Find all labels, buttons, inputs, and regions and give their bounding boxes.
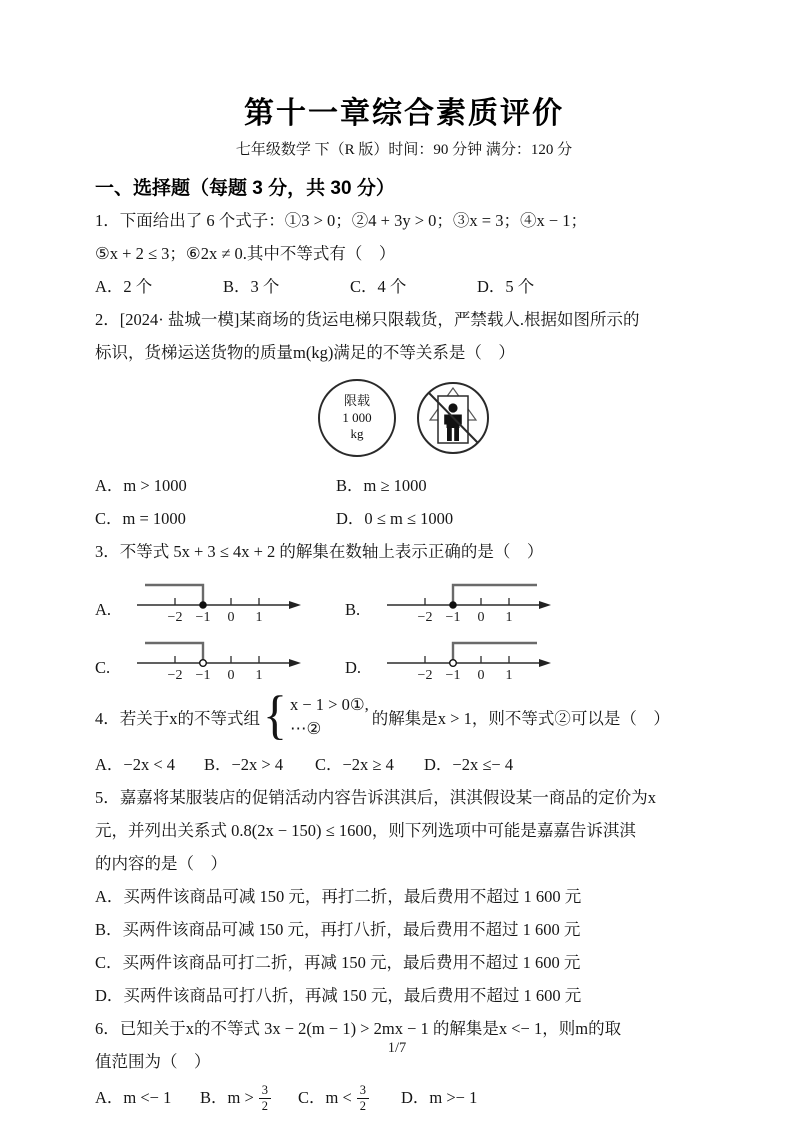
page-number: 1/7 (0, 1040, 794, 1057)
q4-options: A．−2x < 4 B．−2x > 4 C．−2x ≥ 4 D．−2x ≤− 4 (95, 748, 713, 781)
q2-option-d: D．0 ≤ m ≤ 1000 (336, 502, 713, 535)
svg-text:1: 1 (506, 610, 513, 624)
q3-figures: A. −2 −1 0 1 B. (95, 574, 713, 682)
number-line-d-svg: −2 −1 0 1 (381, 632, 559, 682)
q1-option-b: B．3 个 (223, 270, 350, 303)
svg-text:0: 0 (228, 668, 235, 682)
q2-option-b: B．m ≥ 1000 (336, 469, 713, 502)
question-1: 1．下面给出了 6 个式子：①3 > 0；②4 + 3y > 0；③x = 3；… (95, 204, 713, 303)
page-content: 第十一章综合素质评价 七年级数学 下（R 版）时间：90 分钟 满分：120 分… (95, 88, 713, 1118)
q3-figure-c-label: C. (95, 658, 125, 682)
number-line-figure-c: C. −2 −1 0 1 (95, 632, 345, 682)
q3-figure-a-label: A. (95, 600, 125, 624)
load-limit-unit: kg (351, 426, 364, 443)
q3-figure-b-label: B. (345, 600, 375, 624)
number-line-c-svg: −2 −1 0 1 (131, 632, 309, 682)
q6-options: A．m <− 1 B．m >32 C．m <32 D．m >− 1 (95, 1078, 713, 1118)
q1-stem-line1: 1．下面给出了 6 个式子：①3 > 0；②4 + 3y > 0；③x = 3；… (95, 204, 713, 237)
question-3: 3．不等式 5x + 3 ≤ 4x + 2 的解集在数轴上表示正确的是（ ） A… (95, 535, 713, 682)
svg-text:−1: −1 (196, 668, 211, 682)
q2-figure: 限载 1 000 kg (95, 379, 713, 457)
svg-text:−2: −2 (418, 668, 433, 682)
number-line-b-svg: −2 −1 0 1 (381, 574, 559, 624)
system-brace: { (263, 691, 287, 744)
q6-option-b: B．m >32 (200, 1078, 298, 1118)
section-heading: 一、选择题（每题 3 分，共 30 分） (95, 173, 713, 200)
svg-text:−1: −1 (446, 610, 461, 624)
inequality-system: x − 1 > 0①, ⋯② (290, 693, 369, 741)
q2-options-row1: A．m > 1000 B．m ≥ 1000 (95, 469, 713, 502)
q6-option-c: C．m <32 (298, 1078, 401, 1118)
svg-text:0: 0 (228, 610, 235, 624)
system-line1: x − 1 > 0①, (290, 693, 369, 717)
q1-stem-line2: ⑤x + 2 ≤ 3；⑥2x ≠ 0.其中不等式有（ ） (95, 237, 713, 270)
q5-option-b: B．买两件该商品可减 150 元，再打八折，最后费用不超过 1 600 元 (95, 913, 713, 946)
q1-option-c: C．4 个 (350, 270, 477, 303)
q4-stem: 4．若关于x的不等式组 { x − 1 > 0①, ⋯② 的解集是x > 1，则… (95, 688, 713, 746)
number-line-figure-b: B. −2 −1 0 1 (345, 574, 713, 624)
system-line2: ⋯② (290, 717, 369, 741)
q4-stem-prefix: 4．若关于x的不等式组 (95, 705, 260, 729)
number-line-a-svg: −2 −1 0 1 (131, 574, 309, 624)
question-6: 6．已知关于x的不等式 3x − 2(m − 1) > 2mx − 1 的解集是… (95, 1012, 713, 1118)
fraction-three-halves: 32 (259, 1083, 271, 1113)
svg-text:−1: −1 (196, 610, 211, 624)
svg-text:−1: −1 (446, 668, 461, 682)
question-4: 4．若关于x的不等式组 { x − 1 > 0①, ⋯② 的解集是x > 1，则… (95, 688, 713, 781)
svg-text:0: 0 (478, 610, 485, 624)
svg-text:−2: −2 (168, 668, 183, 682)
load-limit-text: 限载 (344, 393, 370, 410)
load-limit-value: 1 000 (342, 410, 371, 427)
q5-stem-line1: 5．嘉嘉将某服装店的促销活动内容告诉淇淇后，淇淇假设某一商品的定价为x (95, 781, 713, 814)
q2-stem-line2: 标识，货梯运送货物的质量m(kg)满足的不等关系是（ ） (95, 336, 713, 369)
q1-options: A．2 个 B．3 个 C．4 个 D．5 个 (95, 270, 713, 303)
q5-option-c: C．买两件该商品可打二折，再减 150 元，最后费用不超过 1 600 元 (95, 946, 713, 979)
fraction-three-halves: 32 (357, 1083, 369, 1113)
q5-option-d: D．买两件该商品可打八折，再减 150 元，最后费用不超过 1 600 元 (95, 979, 713, 1012)
no-passenger-icon (416, 381, 490, 455)
svg-text:−2: −2 (168, 610, 183, 624)
svg-text:1: 1 (256, 610, 263, 624)
svg-text:−2: −2 (418, 610, 433, 624)
load-limit-sign: 限载 1 000 kg (318, 379, 396, 457)
svg-text:0: 0 (478, 668, 485, 682)
q3-figure-d-label: D. (345, 658, 375, 682)
q4-option-a: A．−2x < 4 (95, 748, 204, 781)
q4-option-b: B．−2x > 4 (204, 748, 315, 781)
q4-option-c: C．−2x ≥ 4 (315, 748, 424, 781)
question-2: 2．[2024· 盐城一模]某商场的货运电梯只限载货，严禁载人.根据如图所示的 … (95, 303, 713, 535)
q4-option-d: D．−2x ≤− 4 (424, 748, 713, 781)
q1-option-a: A．2 个 (95, 270, 223, 303)
q3-stem: 3．不等式 5x + 3 ≤ 4x + 2 的解集在数轴上表示正确的是（ ） (95, 535, 713, 568)
question-5: 5．嘉嘉将某服装店的促销活动内容告诉淇淇后，淇淇假设某一商品的定价为x 元，并列… (95, 781, 713, 1012)
exam-page: 第十一章综合素质评价 七年级数学 下（R 版）时间：90 分钟 满分：120 分… (0, 0, 794, 1123)
q2-option-c: C．m = 1000 (95, 502, 336, 535)
number-line-figure-d: D. −2 −1 0 1 (345, 632, 713, 682)
q4-stem-suffix: 的解集是x > 1，则不等式②可以是（ ） (372, 705, 670, 729)
page-subtitle: 七年级数学 下（R 版）时间：90 分钟 满分：120 分 (95, 138, 713, 159)
number-line-figure-a: A. −2 −1 0 1 (95, 574, 345, 624)
q2-options-row2: C．m = 1000 D．0 ≤ m ≤ 1000 (95, 502, 713, 535)
q2-stem-line1: 2．[2024· 盐城一模]某商场的货运电梯只限载货，严禁载人.根据如图所示的 (95, 303, 713, 336)
q5-stem-line3: 的内容的是（ ） (95, 847, 713, 880)
page-title: 第十一章综合素质评价 (95, 88, 713, 132)
q2-option-a: A．m > 1000 (95, 469, 336, 502)
svg-text:1: 1 (506, 668, 513, 682)
q6-option-a: A．m <− 1 (95, 1078, 200, 1118)
q1-option-d: D．5 个 (477, 270, 713, 303)
q6-option-d: D．m >− 1 (401, 1078, 713, 1118)
q5-stem-line2: 元，并列出关系式 0.8(2x − 150) ≤ 1600，则下列选项中可能是嘉… (95, 814, 713, 847)
svg-text:1: 1 (256, 668, 263, 682)
q5-option-a: A．买两件该商品可减 150 元，再打二折，最后费用不超过 1 600 元 (95, 880, 713, 913)
